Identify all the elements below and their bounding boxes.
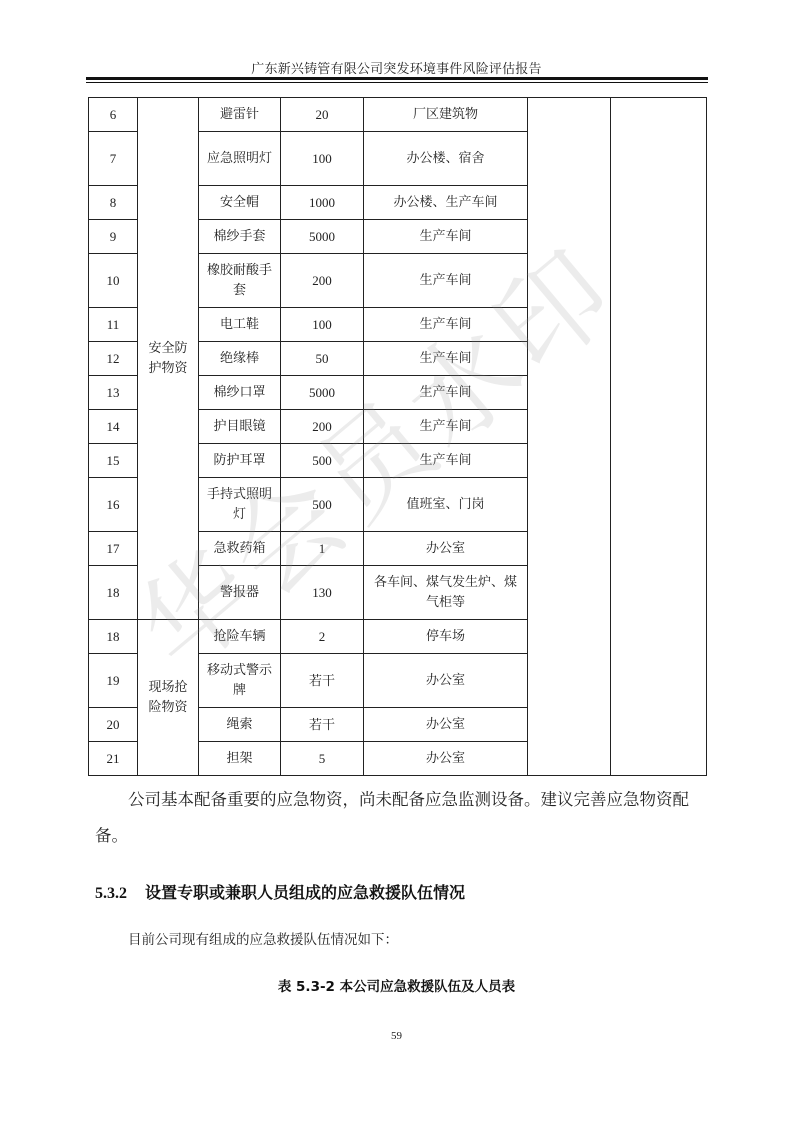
item-name: 电工鞋 bbox=[199, 308, 281, 342]
item-name: 橡胶耐酸手套 bbox=[199, 254, 281, 308]
item-quantity: 200 bbox=[281, 254, 364, 308]
item-name: 抢险车辆 bbox=[199, 620, 281, 654]
item-location: 办公室 bbox=[364, 708, 528, 742]
header-rule-thick bbox=[86, 77, 708, 80]
item-location: 办公室 bbox=[364, 742, 528, 776]
intro-text: 目前公司现有组成的应急救援队伍情况如下： bbox=[128, 928, 398, 948]
item-quantity: 100 bbox=[281, 308, 364, 342]
row-number: 12 bbox=[89, 342, 138, 376]
item-quantity: 20 bbox=[281, 98, 364, 132]
row-number: 14 bbox=[89, 410, 138, 444]
item-quantity: 5000 bbox=[281, 376, 364, 410]
table-row: 6安全防护物资避雷针20厂区建筑物 bbox=[89, 98, 707, 132]
item-name: 绳索 bbox=[199, 708, 281, 742]
row-number: 21 bbox=[89, 742, 138, 776]
item-name: 安全帽 bbox=[199, 186, 281, 220]
item-location: 办公室 bbox=[364, 654, 528, 708]
item-name: 棉纱手套 bbox=[199, 220, 281, 254]
item-name: 移动式警示牌 bbox=[199, 654, 281, 708]
empty-column-6 bbox=[528, 98, 611, 776]
header-rule-thin bbox=[86, 82, 708, 83]
item-location: 生产车间 bbox=[364, 410, 528, 444]
row-number: 6 bbox=[89, 98, 138, 132]
row-number: 9 bbox=[89, 220, 138, 254]
table-caption: 表 5.3-2 本公司应急救援队伍及人员表 bbox=[0, 975, 793, 995]
item-name: 手持式照明灯 bbox=[199, 478, 281, 532]
item-quantity: 若干 bbox=[281, 654, 364, 708]
category-cell: 现场抢险物资 bbox=[138, 620, 199, 776]
item-quantity: 5 bbox=[281, 742, 364, 776]
section-heading: 5.3.2设置专职或兼职人员组成的应急救援队伍情况 bbox=[95, 880, 465, 903]
item-quantity: 100 bbox=[281, 132, 364, 186]
item-location: 生产车间 bbox=[364, 342, 528, 376]
page-number: 59 bbox=[0, 1030, 793, 1042]
item-location: 各车间、煤气发生炉、煤气柜等 bbox=[364, 566, 528, 620]
section-title: 设置专职或兼职人员组成的应急救援队伍情况 bbox=[145, 883, 465, 902]
item-name: 应急照明灯 bbox=[199, 132, 281, 186]
row-number: 11 bbox=[89, 308, 138, 342]
item-name: 担架 bbox=[199, 742, 281, 776]
empty-column-7 bbox=[611, 98, 707, 776]
item-name: 防护耳罩 bbox=[199, 444, 281, 478]
item-name: 护目眼镜 bbox=[199, 410, 281, 444]
row-number: 7 bbox=[89, 132, 138, 186]
item-quantity: 5000 bbox=[281, 220, 364, 254]
category-cell: 安全防护物资 bbox=[138, 98, 199, 620]
summary-paragraph: 公司基本配备重要的应急物资，尚未配备应急监测设备。建议完善应急物资配备。 bbox=[95, 782, 709, 854]
item-name: 警报器 bbox=[199, 566, 281, 620]
section-number: 5.3.2 bbox=[95, 885, 127, 902]
item-name: 避雷针 bbox=[199, 98, 281, 132]
item-location: 生产车间 bbox=[364, 254, 528, 308]
row-number: 18 bbox=[89, 620, 138, 654]
row-number: 17 bbox=[89, 532, 138, 566]
item-name: 棉纱口罩 bbox=[199, 376, 281, 410]
row-number: 20 bbox=[89, 708, 138, 742]
item-quantity: 50 bbox=[281, 342, 364, 376]
emergency-supplies-table: 6安全防护物资避雷针20厂区建筑物7应急照明灯100办公楼、宿舍8安全帽1000… bbox=[88, 97, 707, 776]
row-number: 8 bbox=[89, 186, 138, 220]
document-header-title: 广东新兴铸管有限公司突发环境事件风险评估报告 bbox=[0, 58, 793, 77]
item-quantity: 200 bbox=[281, 410, 364, 444]
item-quantity: 1000 bbox=[281, 186, 364, 220]
row-number: 18 bbox=[89, 566, 138, 620]
row-number: 13 bbox=[89, 376, 138, 410]
item-quantity: 1 bbox=[281, 532, 364, 566]
item-location: 值班室、门岗 bbox=[364, 478, 528, 532]
item-location: 生产车间 bbox=[364, 376, 528, 410]
row-number: 10 bbox=[89, 254, 138, 308]
item-location: 停车场 bbox=[364, 620, 528, 654]
item-location: 生产车间 bbox=[364, 444, 528, 478]
item-location: 生产车间 bbox=[364, 220, 528, 254]
item-location: 办公楼、生产车间 bbox=[364, 186, 528, 220]
item-location: 办公室 bbox=[364, 532, 528, 566]
item-location: 生产车间 bbox=[364, 308, 528, 342]
item-name: 急救药箱 bbox=[199, 532, 281, 566]
item-quantity: 若干 bbox=[281, 708, 364, 742]
row-number: 15 bbox=[89, 444, 138, 478]
item-location: 办公楼、宿舍 bbox=[364, 132, 528, 186]
item-quantity: 500 bbox=[281, 478, 364, 532]
item-quantity: 2 bbox=[281, 620, 364, 654]
item-quantity: 130 bbox=[281, 566, 364, 620]
item-name: 绝缘棒 bbox=[199, 342, 281, 376]
row-number: 16 bbox=[89, 478, 138, 532]
row-number: 19 bbox=[89, 654, 138, 708]
item-location: 厂区建筑物 bbox=[364, 98, 528, 132]
item-quantity: 500 bbox=[281, 444, 364, 478]
